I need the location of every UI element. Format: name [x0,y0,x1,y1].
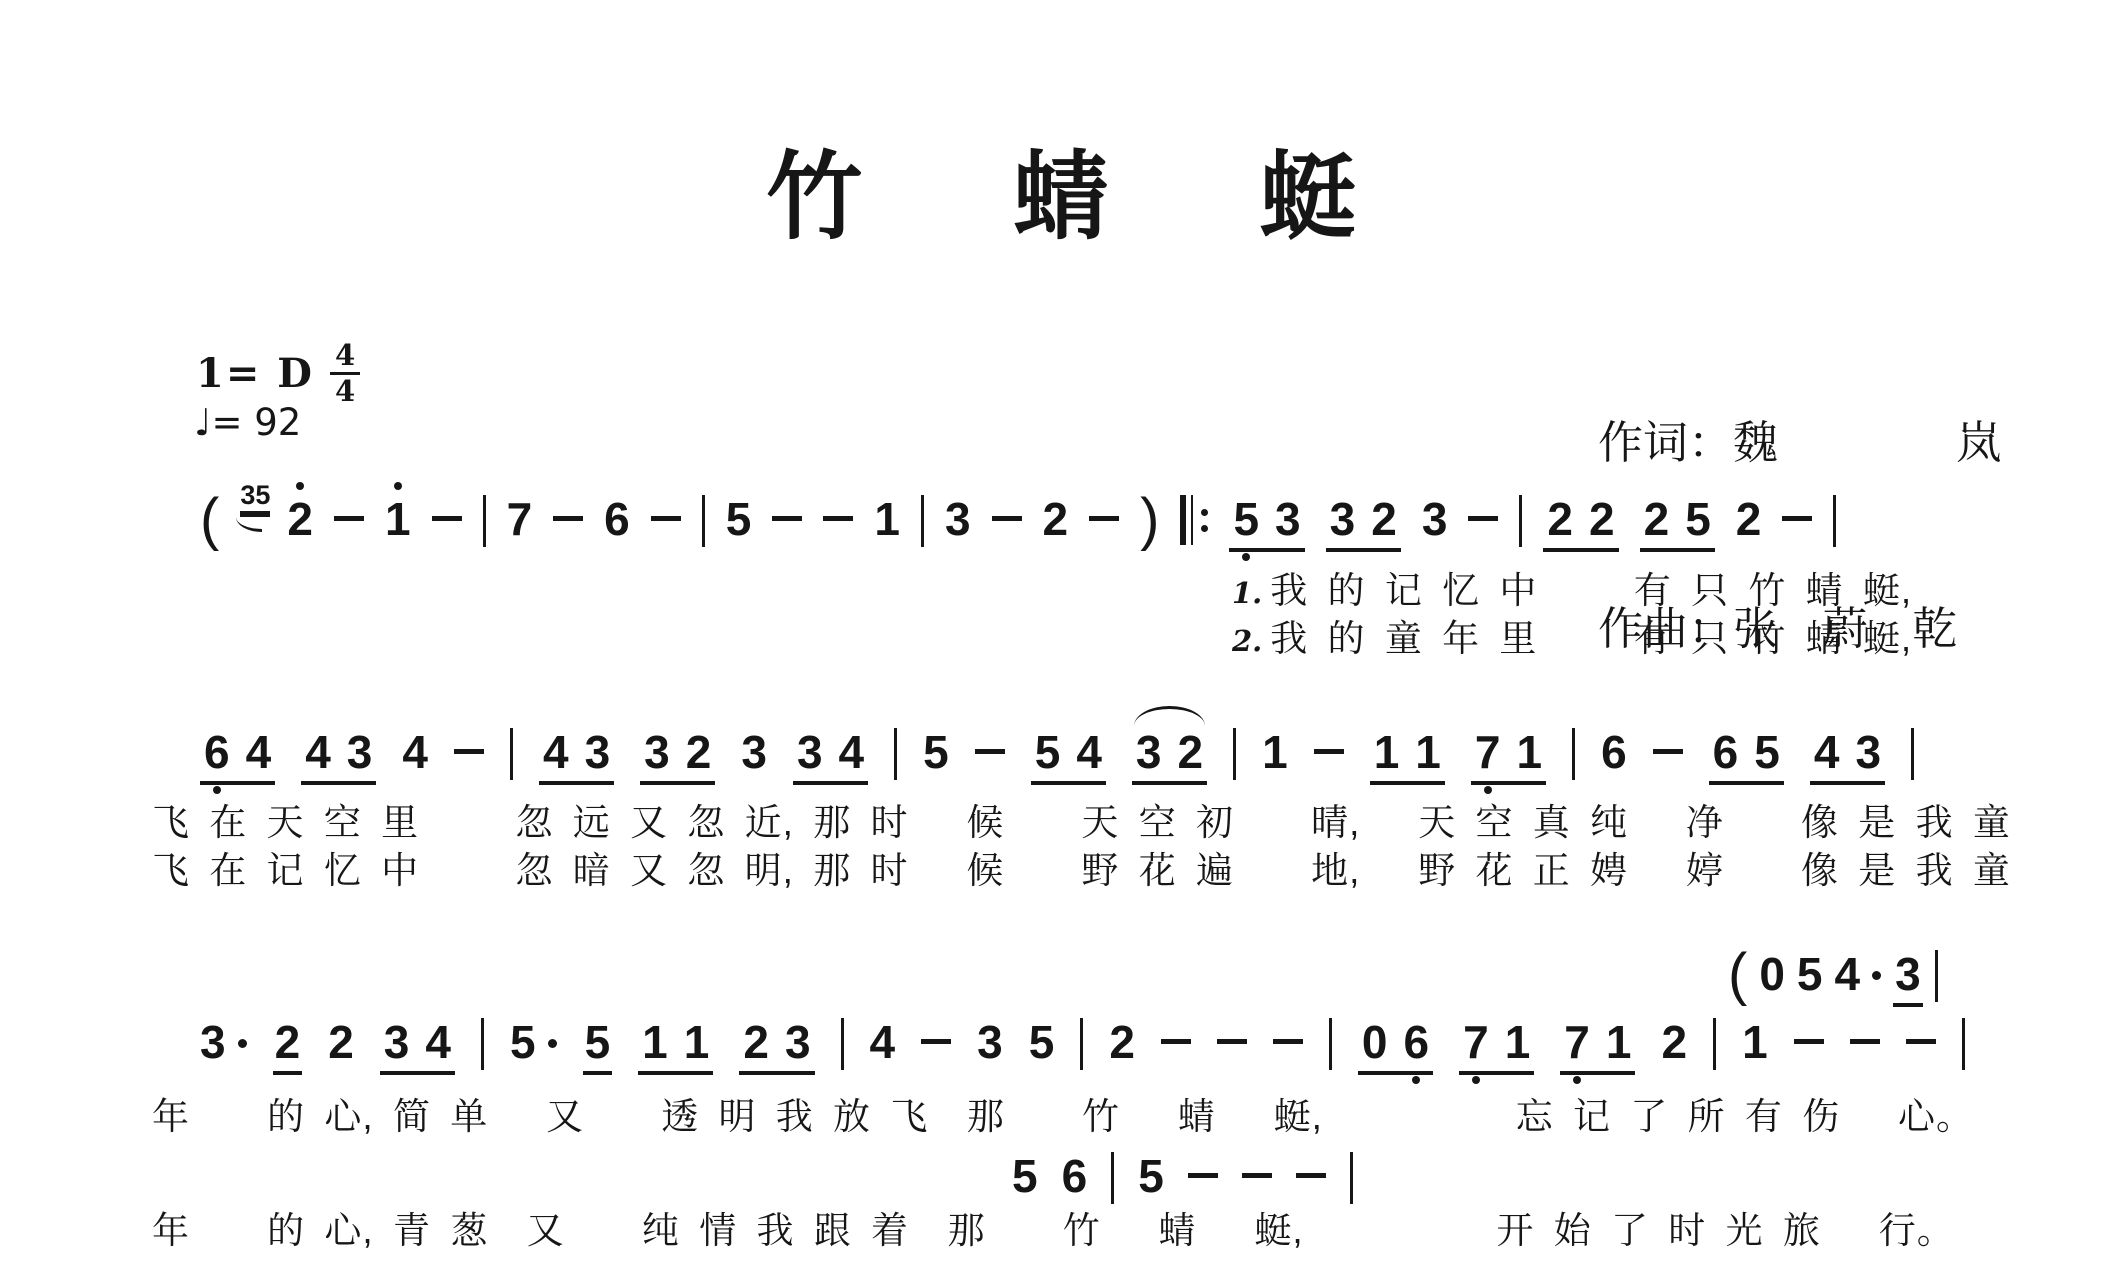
note-4: 4 [425,1018,451,1066]
barline [481,1018,484,1070]
barline [1329,1018,1332,1070]
lyrics-verse1-line3: 年 的 心, 简 单 又 透 明 我 放 飞 那 竹 蜻 蜓, 忘 记 了 所 … [152,1094,1974,1140]
note-digit: 5 [1685,495,1711,543]
lyrics-verse2-line1: 2. 我 的 童 年 里 有 只 竹 蜻 蜓, [1232,616,1912,664]
note-digit: 1 [642,1018,668,1066]
note-3: 3 [644,728,670,776]
key-signature: 1= D 4 4 [196,340,360,407]
barline [1111,1152,1114,1204]
note-0: 0 [1759,950,1785,998]
beamed-group: 71 [1459,1018,1534,1075]
note-5: 5 [726,495,752,543]
repeat-dots [1201,509,1208,532]
barline [1572,728,1575,780]
duration-dash [1850,1039,1880,1044]
note-digit: 7 [507,495,533,543]
note-digit: 4 [543,728,569,776]
barline [1233,728,1236,780]
note-digit: 5 [1797,950,1823,998]
note-digit: 1 [1742,1018,1768,1066]
note-digit: 3 [1855,728,1881,776]
duration-dash [1653,749,1683,754]
barline [894,728,897,780]
duration-dash [1089,516,1119,521]
note-digit: 1 [1262,728,1288,776]
verse-number-2: 2. [1232,618,1262,664]
note-7: 7 [507,495,533,543]
beamed-group: 64 [200,728,275,785]
note-1: 1 [1606,1018,1632,1066]
note-1: 1 [1742,1018,1768,1066]
duration-dash [1217,1039,1247,1044]
note-2: 2 [1547,495,1573,543]
note-4: 4 [870,1018,896,1066]
note-digit: 3 [741,728,767,776]
note-digit: 3 [200,1018,226,1066]
repeat-dot [1201,525,1208,532]
note-4: 4 [1814,728,1840,776]
note-3: 3 [1855,728,1881,776]
note-1: 1 [1505,1018,1531,1066]
grace-slur-hook [236,517,262,532]
note-digit: 4 [1835,950,1861,998]
duration-dash [1242,1173,1272,1178]
note-7: 7 [1463,1018,1489,1066]
lyrics-text: 年 的 心, 青 葱 又 纯 情 我 跟 着 那 竹 蜻 蜓, 开 始 了 时 … [152,1208,1955,1254]
lyrics-verse2-line2: 飞 在 记 忆 中 忽 暗 又 忽 明, 那 时 候 野 花 遍 地, 野 花 … [152,848,2011,894]
lyrics-text: 年 的 心, 简 单 又 透 明 我 放 飞 那 竹 蜻 蜓, 忘 记 了 所 … [152,1094,1974,1140]
note-digit: 4 [1076,728,1102,776]
note-digit: 7 [1463,1018,1489,1066]
note-3: 3 [1330,495,1356,543]
lyrics-verse2-line3: 年 的 心, 青 葱 又 纯 情 我 跟 着 那 竹 蜻 蜓, 开 始 了 时 … [152,1208,1955,1254]
barline [1911,728,1914,780]
note-digit: 3 [644,728,670,776]
music-line-2: 644344332334554321117166543 [200,728,1914,785]
beamed-group: 22 [1543,495,1618,552]
meter-numerator: 4 [330,340,360,375]
note-5: 5 [1233,495,1259,543]
barline [1833,495,1836,547]
note-digit: 2 [328,1018,354,1066]
duration-dash [553,516,583,521]
repeat-thin-bar [1191,495,1193,545]
note-digit: 2 [1109,1018,1135,1066]
note-3: 3 [945,495,971,543]
note-digit: 3 [585,728,611,776]
tempo-marking: ♩= 92 [194,402,301,444]
note-digit: 3 [977,1018,1003,1066]
note-digit: 4 [425,1018,451,1066]
note-digit: 2 [1589,495,1615,543]
beamed-group-slur: 32 [1132,728,1207,785]
note-3: 3 [977,1018,1003,1066]
repeat-thick-bar [1180,495,1186,545]
note-digit: 2 [1547,495,1573,543]
note-digit: 6 [1062,1152,1088,1200]
note-5: 5 [510,1018,557,1066]
note-6: 6 [1062,1152,1088,1200]
note-digit: 0 [1362,1018,1388,1066]
note-3: 3 [1275,495,1301,543]
note-4: 4 [839,728,865,776]
note-digit: 1 [684,1018,710,1066]
note-1: 1 [1415,728,1441,776]
note-5: 5 [1035,728,1061,776]
note-digit: 5 [1035,728,1061,776]
note-2: 2 [1589,495,1615,543]
note-digit: 5 [1754,728,1780,776]
key-label: 1= D [196,352,314,396]
note-digit: 4 [839,728,865,776]
duration-dash [772,516,802,521]
octave-dot-below [1242,553,1250,561]
beamed-group: 34 [793,728,868,785]
music-ossia-line: 565 [1012,1152,1353,1204]
note-digit: 5 [510,1018,536,1066]
duration-dash [823,516,853,521]
note-digit: 1 [1415,728,1441,776]
barline [510,728,513,780]
duration-dash [454,749,484,754]
duration-dash [334,516,364,521]
note-5: 5 [1754,728,1780,776]
note-digit: 6 [204,728,230,776]
octave-dot-above [394,482,402,490]
note-4: 4 [305,728,331,776]
close-paren: ) [1140,495,1159,545]
note-2: 2 [1644,495,1670,543]
note-3: 3 [785,1018,811,1066]
sheet-music-page: 竹 蜻 蜓 作词：魏 岚 作曲：张 蔚 乾 1= D 4 4 ♩= 92 (35… [0,0,2128,1280]
duration-dash [432,516,462,521]
note-digit: 3 [797,728,823,776]
note-digit: 5 [726,495,752,543]
barline [1350,1152,1353,1204]
note-5: 5 [1012,1152,1038,1200]
note-3: 3 [200,1018,247,1066]
duration-dash [1782,516,1812,521]
barline [1962,1018,1965,1070]
beamed-group: 71 [1471,728,1546,785]
octave-dot-above [296,482,304,490]
note-digit: 5 [1233,495,1259,543]
note-digit: 2 [1644,495,1670,543]
beamed-group: 43 [1810,728,1885,785]
note-3: 3 [585,728,611,776]
note-6: 6 [1404,1018,1430,1066]
repeat-sign-open [1180,495,1208,545]
note-digit: 7 [1475,728,1501,776]
note-digit: 2 [287,495,313,543]
duration-dash [921,1039,951,1044]
note-digit: 1 [1516,728,1542,776]
barline [1935,950,1938,1002]
note-digit: 6 [1601,728,1627,776]
grace-notes: 35 [240,481,270,513]
note-0: 0 [1362,1018,1388,1066]
note-5: 5 [1685,495,1711,543]
song-title: 竹 蜻 蜓 [0,146,2128,250]
beamed-group: 43 [539,728,614,785]
barline [702,495,705,547]
duration-dash [1468,516,1498,521]
note-digit: 4 [870,1018,896,1066]
note-2: 2 [1109,1018,1135,1066]
beamed-group: 23 [739,1018,814,1075]
note-1: 1 [642,1018,668,1066]
music-pickup-measure: (0543 [1728,950,1938,1007]
open-paren: ( [1728,950,1747,1000]
duration-dash [992,516,1022,521]
note-digit: 3 [1895,950,1921,998]
note-digit: 3 [1275,495,1301,543]
note-digit: 3 [1330,495,1356,543]
augmentation-dot [548,1039,557,1048]
note-5: 5 [1029,1018,1055,1066]
note-digit: 5 [1138,1152,1164,1200]
beamed-group: 32 [640,728,715,785]
note-digit: 1 [1505,1018,1531,1066]
note-7: 7 [1475,728,1501,776]
octave-dot-below [1573,1076,1581,1084]
beamed-group: 71 [1560,1018,1635,1075]
beamed-group: 53 [1229,495,1304,552]
duration-dash [1161,1039,1191,1044]
note-2: 2 [743,1018,769,1066]
note-3: 3 [347,728,373,776]
note-2: 2 [1736,495,1762,543]
octave-dot-below [213,786,221,794]
note-5: 5 [1797,950,1823,998]
note-3: 3 [1422,495,1448,543]
note-digit: 3 [945,495,971,543]
music-line-3: 32234551123435206717121 [200,1018,1965,1075]
note-3: 3 [384,1018,410,1066]
duration-dash [651,516,681,521]
note-digit: 4 [402,728,428,776]
beamed-group: 34 [380,1018,455,1075]
duration-dash [1794,1039,1824,1044]
note-digit: 2 [1661,1018,1687,1066]
note-5: 5 [923,728,949,776]
note-1: 1 [1262,728,1288,776]
note-2: 2 [686,728,712,776]
lyrics-verse1-line1: 1. 我 的 记 忆 中 有 只 竹 蜻 蜓, [1232,568,1912,616]
note-2: 2 [287,495,313,543]
note-digit: 6 [1713,728,1739,776]
note-digit: 3 [785,1018,811,1066]
note-4: 4 [1835,950,1882,998]
note-digit: 5 [585,1018,611,1066]
duration-dash [1188,1173,1218,1178]
note-1: 1 [874,495,900,543]
note-digit: 2 [743,1018,769,1066]
barline [1080,1018,1083,1070]
barline [483,495,486,547]
augmentation-dot [1872,971,1881,980]
octave-dot-below [1484,786,1492,794]
beamed-group: 65 [1709,728,1784,785]
note-digit: 1 [1606,1018,1632,1066]
note-digit: 6 [1404,1018,1430,1066]
note-digit: 7 [1564,1018,1590,1066]
duration-dash [1314,749,1344,754]
note-6: 6 [1713,728,1739,776]
note-3: 3 [797,728,823,776]
time-signature: 4 4 [330,340,360,407]
duration-dash [1906,1039,1936,1044]
meter-denominator: 4 [335,375,355,407]
music-line-1: (3521765132)5332322252 [200,495,1836,552]
duration-dash [1296,1173,1326,1178]
note-digit: 1 [385,495,411,543]
note-digit: 3 [384,1018,410,1066]
lyrics-text: 我 的 童 年 里 有 只 竹 蜻 蜓, [1270,616,1912,662]
note-digit: 1 [874,495,900,543]
note-digit: 0 [1759,950,1785,998]
augmentation-dot [238,1039,247,1048]
barline [921,495,924,547]
beamed-group: 25 [1640,495,1715,552]
note-3: 3 [1893,950,1923,1007]
barline [1519,495,1522,547]
lyrics-verse1-line2: 飞 在 天 空 里 忽 远 又 忽 近, 那 时 候 天 空 初 晴, 天 空 … [152,800,2011,846]
note-digit: 6 [604,495,630,543]
note-digit: 2 [1043,495,1069,543]
note-digit: 3 [1136,728,1162,776]
duration-dash [975,749,1005,754]
beamed-group: 54 [1031,728,1106,785]
lyrics-text: 我 的 记 忆 中 有 只 竹 蜻 蜓, [1270,568,1912,614]
note-4: 4 [402,728,428,776]
note-2: 2 [1371,495,1397,543]
note-digit: 2 [1736,495,1762,543]
note-2: 2 [1178,728,1204,776]
note-2: 2 [1043,495,1069,543]
repeat-dot [1201,509,1208,516]
note-2: 2 [328,1018,354,1066]
note-1: 1 [1374,728,1400,776]
duration-dash [1273,1039,1303,1044]
beamed-group: 43 [301,728,376,785]
open-paren: ( [200,495,219,545]
note-7: 7 [1564,1018,1590,1066]
note-5: 5 [583,1018,613,1075]
note-digit: 2 [1371,495,1397,543]
note-digit: 1 [1374,728,1400,776]
beamed-group: 11 [1370,728,1445,785]
note-digit: 5 [1029,1018,1055,1066]
barline [841,1018,844,1070]
octave-dot-below [1412,1076,1420,1084]
note-1: 1 [385,495,411,543]
beamed-group: 32 [1326,495,1401,552]
note-digit: 4 [305,728,331,776]
note-digit: 2 [275,1018,301,1066]
note-digit: 2 [1178,728,1204,776]
grace-digits: 35 [240,481,270,513]
note-2: 2 [1661,1018,1687,1066]
beamed-group: 06 [1358,1018,1433,1075]
note-digit: 5 [923,728,949,776]
octave-dot-below [1472,1076,1480,1084]
note-digit: 2 [686,728,712,776]
note-3: 3 [741,728,767,776]
note-digit: 4 [246,728,272,776]
note-3: 3 [1136,728,1162,776]
note-2: 2 [273,1018,303,1075]
note-5: 5 [1138,1152,1164,1200]
note-digit: 3 [347,728,373,776]
note-digit: 3 [1422,495,1448,543]
lyrics-text: 飞 在 记 忆 中 忽 暗 又 忽 明, 那 时 候 野 花 遍 地, 野 花 … [152,848,2011,894]
note-4: 4 [1076,728,1102,776]
beamed-group: 11 [638,1018,713,1075]
note-4: 4 [246,728,272,776]
lyricist-credit: 作词：魏 岚 [1598,412,2001,474]
lyrics-text: 飞 在 天 空 里 忽 远 又 忽 近, 那 时 候 天 空 初 晴, 天 空 … [152,800,2011,846]
note-1: 1 [684,1018,710,1066]
note-1: 1 [1516,728,1542,776]
barline [1713,1018,1716,1070]
note-6: 6 [204,728,230,776]
note-digit: 5 [1012,1152,1038,1200]
note-4: 4 [543,728,569,776]
verse-number-1: 1. [1232,570,1262,616]
note-6: 6 [604,495,630,543]
note-6: 6 [1601,728,1627,776]
note-digit: 4 [1814,728,1840,776]
